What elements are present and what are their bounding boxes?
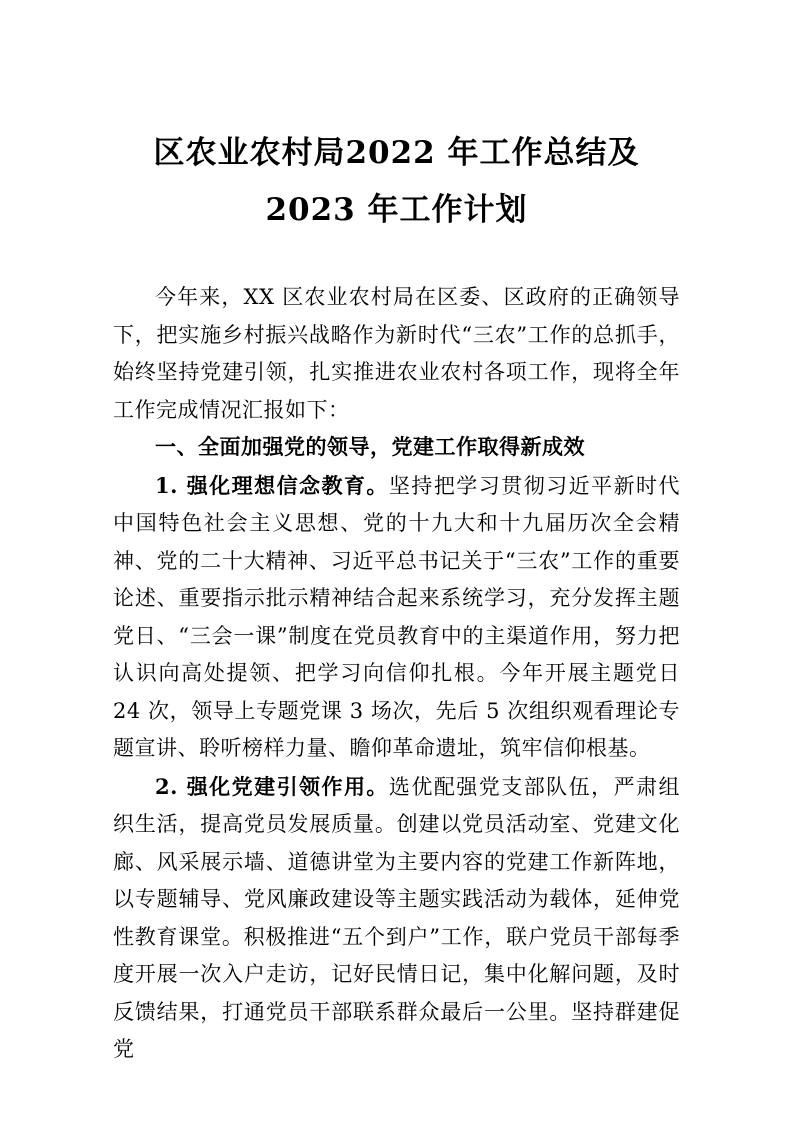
paragraph-1: 1. 强化理想信念教育。坚持把学习贯彻习近平新时代中国特色社会主义思想、党的十九… [113, 467, 680, 768]
paragraph-1-lead: 1. 强化理想信念教育。 [155, 473, 389, 498]
paragraph-2: 2. 强化党建引领作用。选优配强党支部队伍，严肃组织生活，提高党员发展质量。创建… [113, 768, 680, 1069]
section-heading-1: 一、全面加强党的领导，党建工作取得新成效 [113, 429, 680, 467]
paragraph-2-body: 选优配强党支部队伍，严肃组织生活，提高党员发展质量。创建以党员活动室、党建文化廊… [113, 775, 680, 1062]
paragraph-2-lead: 2. 强化党建引领作用。 [155, 774, 389, 799]
intro-paragraph: 今年来，XX 区农业农村局在区委、区政府的正确领导下，把实施乡村振兴战略作为新时… [113, 279, 680, 429]
document-page: 区农业农村局2022 年工作总结及 2023 年工作计划 今年来，XX 区农业农… [0, 0, 793, 1122]
document-title: 区农业农村局2022 年工作总结及 2023 年工作计划 [113, 125, 680, 239]
paragraph-1-body: 坚持把学习贯彻习近平新时代中国特色社会主义思想、党的十九大和十九届历次全会精神、… [113, 474, 680, 761]
